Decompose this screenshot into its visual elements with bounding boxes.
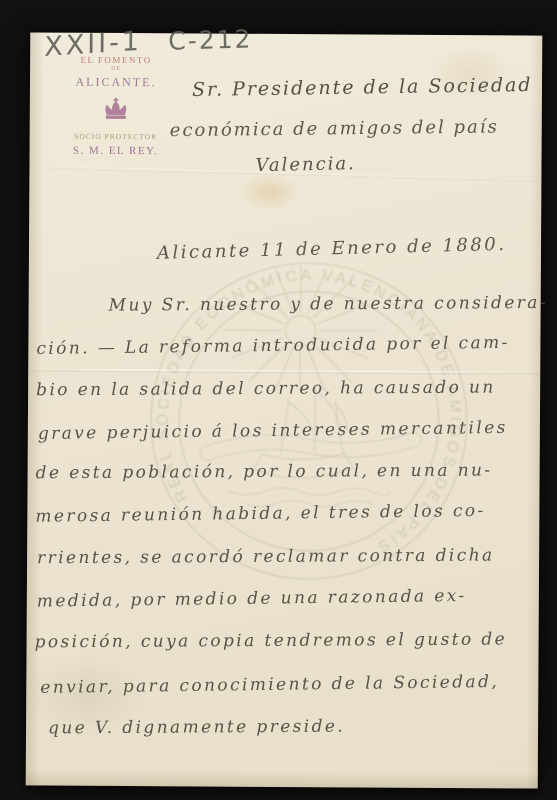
- recipient-line: económica de amigos del país: [170, 116, 499, 141]
- body-line: merosa reunión habida, el tres de los co…: [35, 501, 485, 527]
- body-line: grave perjuicio á los intereses mercanti…: [38, 418, 508, 444]
- body-line: bio en la salida del correo, ha causado …: [36, 377, 496, 400]
- letterhead-org-line2: DE: [50, 66, 182, 73]
- body-line: medida, por medio de una razonada ex-: [37, 586, 467, 612]
- body-line: enviar, para conocimiento de la Sociedad…: [40, 672, 499, 698]
- seal-sun: [225, 266, 377, 394]
- scan-background: XXII-1 C-212 EL FOMENTO DE ALICANTE. SOC…: [0, 0, 557, 800]
- paper-crease: [28, 368, 540, 373]
- letterhead-org-line1: EL FOMENTO: [50, 55, 182, 66]
- body-line: posición, cuya copia tendremos el gusto …: [35, 629, 508, 652]
- body-line: que V. dignamente preside.: [48, 717, 345, 739]
- dateline: Alicante 11 de Enero de 1880.: [157, 234, 507, 264]
- body-line: ción. — La reforma introducida por el ca…: [36, 333, 510, 359]
- letter-page: XXII-1 C-212 EL FOMENTO DE ALICANTE. SOC…: [26, 32, 543, 788]
- crown-icon: [50, 98, 182, 126]
- body-line: Muy Sr. nuestro y de nuestra considera-: [109, 293, 548, 316]
- letterhead-org-line3: ALICANTE.: [50, 75, 182, 91]
- body-line: rrientes, se acordó reclamar contra dich…: [37, 545, 495, 568]
- letterhead: EL FOMENTO DE ALICANTE. SOCIO PROTECTOR …: [50, 55, 183, 158]
- body-line: de esta población, por lo cual, en una n…: [36, 460, 493, 483]
- archive-code-right: C-212: [168, 24, 253, 55]
- recipient-line: Sr. Presidente de la Sociedad: [192, 74, 533, 101]
- letterhead-patron-line1: SOCIO PROTECTOR: [50, 132, 182, 142]
- letterhead-patron-line2: S. M. EL REY.: [50, 145, 182, 158]
